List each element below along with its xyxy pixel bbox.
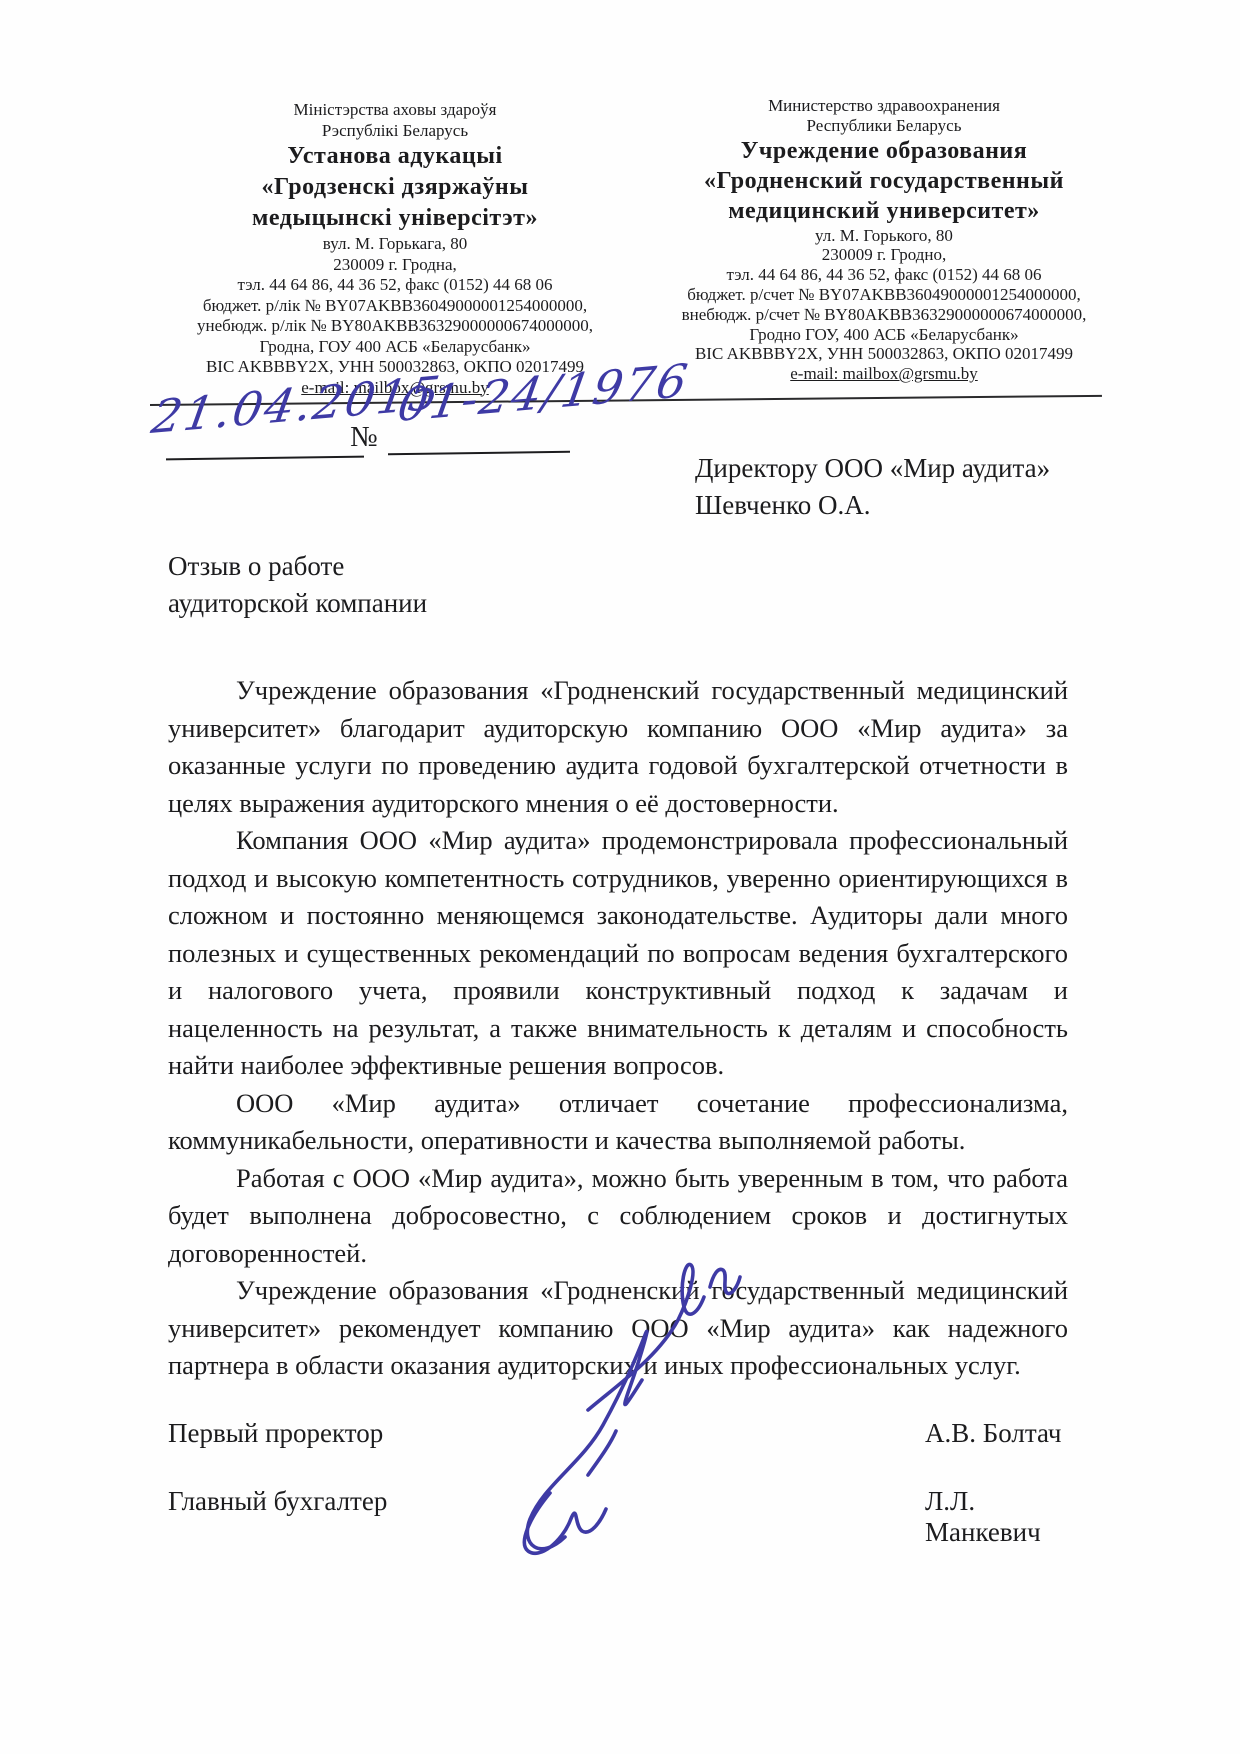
bank-line: Гродно ГОУ, 400 АСБ «Беларусбанк» (652, 325, 1116, 345)
scanned-letter-page: Міністэрства аховы здароўя Рэспублікі Бе… (0, 0, 1240, 1754)
subject-line-2: аудиторской компании (168, 585, 427, 622)
republic-line: Рэспублікі Беларусь (150, 121, 640, 142)
republic-line: Республики Беларусь (652, 116, 1116, 136)
paragraph: Компания ООО «Мир аудита» продемонстриро… (168, 822, 1068, 1085)
signature-stroke (710, 1269, 740, 1293)
signature-row: Первый проректор А.В. Болтач (168, 1418, 1068, 1449)
paragraph: Учреждение образования «Гродненский госу… (168, 672, 1068, 822)
ministry-line: Міністэрства аховы здароўя (150, 100, 640, 121)
subject-block: Отзыв о работе аудиторской компании (168, 548, 427, 622)
subject-line-1: Отзыв о работе (168, 548, 427, 585)
org-name-line-1: «Гродненский государственный (652, 166, 1116, 196)
street-line: вул. М. Горькага, 80 (150, 234, 640, 255)
letterhead-russian: Министерство здравоохранения Республики … (652, 96, 1116, 384)
paragraph: ООО «Мир аудита» отличает сочетание проф… (168, 1085, 1068, 1160)
budget-account-line: бюджет. р/лік № BY07AKBB3604900000125400… (150, 296, 640, 317)
letterhead-belarusian: Міністэрства аховы здароўя Рэспублікі Бе… (150, 100, 640, 398)
org-type-line: Установа адукацыі (150, 141, 640, 172)
org-name-line-1: «Гродзенскі дзяржаўны (150, 172, 640, 203)
date-underline (166, 456, 364, 461)
offbudget-account-line: унебюдж. р/лік № BY80AKBB363290000006740… (150, 316, 640, 337)
city-line: 230009 г. Гродно, (652, 245, 1116, 265)
email-line: e-mail: mailbox@grsmu.by (652, 364, 1116, 384)
bic-line: BIC AKBBBY2X, УНН 500032863, ОКПО 020174… (652, 344, 1116, 364)
number-underline (388, 451, 570, 456)
street-line: ул. М. Горького, 80 (652, 226, 1116, 246)
bank-line: Гродна, ГОУ 400 АСБ «Беларусбанк» (150, 337, 640, 358)
signer-title: Первый проректор (168, 1418, 383, 1448)
city-line: 230009 г. Гродна, (150, 255, 640, 276)
org-name-line-2: медыцынскі універсітэт» (150, 203, 640, 234)
recipient-block: Директору ООО «Мир аудита» Шевченко О.А. (695, 450, 1050, 524)
ministry-line: Министерство здравоохранения (652, 96, 1116, 116)
signature-row: Главный бухгалтер Л.Л. Манкевич (168, 1486, 1068, 1517)
org-type-line: Учреждение образования (652, 136, 1116, 166)
signer-title: Главный бухгалтер (168, 1486, 387, 1516)
signer-name: Л.Л. Манкевич (925, 1486, 1068, 1548)
signer-name: А.В. Болтач (925, 1418, 1062, 1449)
recipient-name: Шевченко О.А. (695, 487, 1050, 524)
phone-line: тэл. 44 64 86, 44 36 52, факс (0152) 44 … (150, 275, 640, 296)
budget-account-line: бюджет. р/счет № BY07AKBB360490000012540… (652, 285, 1116, 305)
recipient-title: Директору ООО «Мир аудита» (695, 450, 1050, 487)
org-name-line-2: медицинский университет» (652, 196, 1116, 226)
offbudget-account-line: внебюдж. р/счет № BY80AKBB36329000000674… (652, 305, 1116, 325)
phone-line: тэл. 44 64 86, 44 36 52, факс (0152) 44 … (652, 265, 1116, 285)
